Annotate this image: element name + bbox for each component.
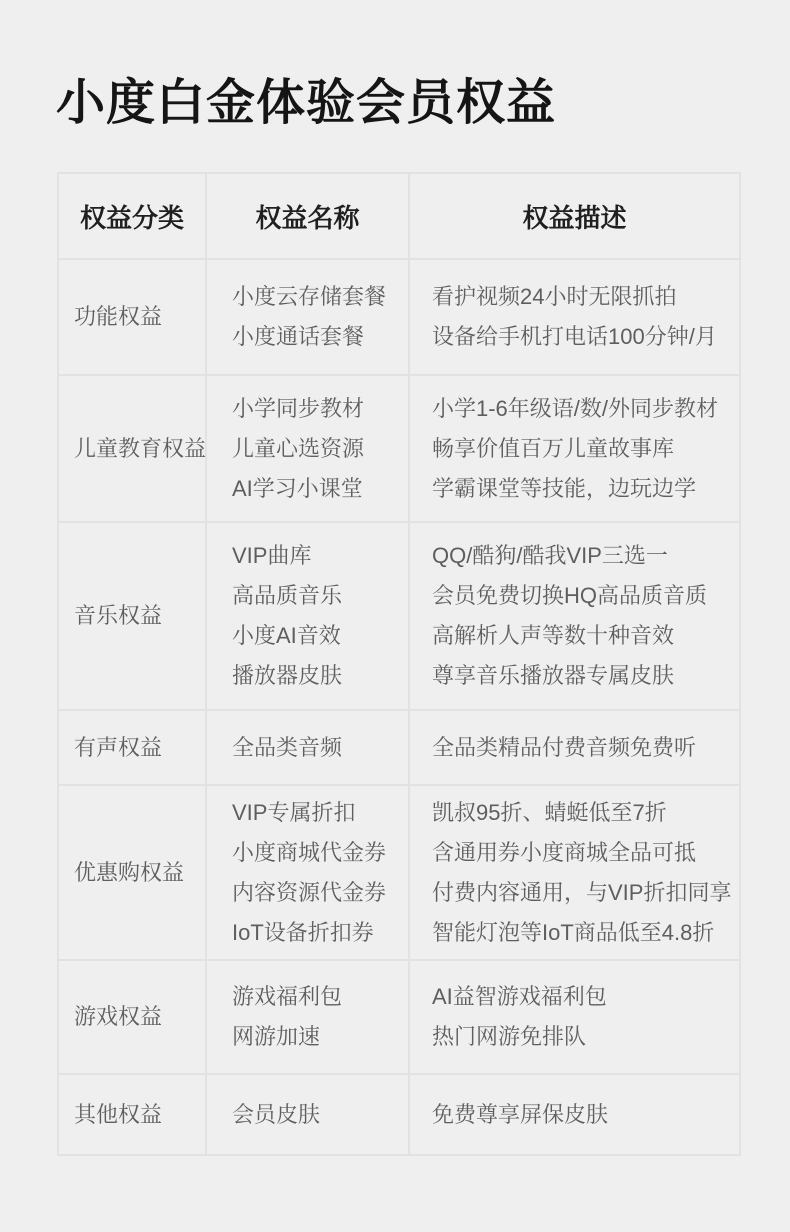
benefit-description-line: 设备给手机打电话100分钟/月 [432, 317, 739, 357]
benefit-category-label: 功能权益 [74, 297, 205, 337]
benefit-descriptions: 看护视频24小时无限抓拍 设备给手机打电话100分钟/月 [409, 259, 740, 375]
benefit-category-label: 游戏权益 [74, 997, 205, 1037]
benefit-category: 音乐权益 [58, 522, 206, 710]
benefit-description-line: 看护视频24小时无限抓拍 [432, 277, 739, 317]
table-row: 功能权益 小度云存储套餐 小度通话套餐 看护视频24小时无限抓拍 设备给手机打电… [58, 259, 740, 375]
benefit-category-label: 音乐权益 [74, 596, 205, 636]
benefit-names: 小学同步教材 儿童心选资源 AI学习小课堂 [206, 375, 409, 522]
benefit-names: 全品类音频 [206, 710, 409, 785]
benefit-name-line: VIP曲库 [232, 536, 408, 576]
benefit-name-line: 内容资源代金券 [232, 873, 408, 913]
benefit-name-line: IoT设备折扣券 [232, 913, 408, 953]
benefit-description-line: 小学1-6年级语/数/外同步教材 [432, 389, 739, 429]
benefit-name-line: 网游加速 [232, 1017, 408, 1057]
benefit-description-line: 免费尊享屏保皮肤 [432, 1095, 739, 1135]
benefit-descriptions: AI益智游戏福利包 热门网游免排队 [409, 960, 740, 1074]
benefit-description-line: 含通用券小度商城全品可抵 [432, 833, 739, 873]
benefit-description-line: AI益智游戏福利包 [432, 977, 739, 1017]
table-row: 游戏权益 游戏福利包 网游加速 AI益智游戏福利包 热门网游免排队 [58, 960, 740, 1074]
benefit-descriptions: QQ/酷狗/酷我VIP三选一 会员免费切换HQ高品质音质 高解析人声等数十种音效… [409, 522, 740, 710]
table-row: 儿童教育权益 小学同步教材 儿童心选资源 AI学习小课堂 小学1-6年级语/数/… [58, 375, 740, 522]
page-title: 小度白金体验会员权益 [56, 64, 556, 134]
benefit-description-line: 高解析人声等数十种音效 [432, 616, 739, 656]
benefit-category: 游戏权益 [58, 960, 206, 1074]
benefit-description-line: QQ/酷狗/酷我VIP三选一 [432, 536, 739, 576]
benefit-name-line: 播放器皮肤 [232, 656, 408, 696]
benefit-category-label: 有声权益 [74, 728, 205, 768]
benefit-category: 有声权益 [58, 710, 206, 785]
table-row: 优惠购权益 VIP专属折扣 小度商城代金券 内容资源代金券 IoT设备折扣券 凯… [58, 785, 740, 960]
column-header-description: 权益描述 [409, 173, 740, 259]
benefit-name-line: AI学习小课堂 [232, 469, 408, 509]
benefit-name-line: VIP专属折扣 [232, 793, 408, 833]
benefit-description-line: 智能灯泡等IoT商品低至4.8折 [432, 913, 739, 953]
benefit-name-line: 小学同步教材 [232, 389, 408, 429]
benefit-category: 功能权益 [58, 259, 206, 375]
table-row: 有声权益 全品类音频 全品类精品付费音频免费听 [58, 710, 740, 785]
column-header-category: 权益分类 [58, 173, 206, 259]
benefit-name-line: 小度云存储套餐 [232, 277, 408, 317]
benefit-description-line: 凯叔95折、蜻蜓低至7折 [432, 793, 739, 833]
benefit-description-line: 热门网游免排队 [432, 1017, 739, 1057]
benefit-descriptions: 小学1-6年级语/数/外同步教材 畅享价值百万儿童故事库 学霸课堂等技能，边玩边… [409, 375, 740, 522]
benefit-category: 儿童教育权益 [58, 375, 206, 522]
benefit-category-label: 优惠购权益 [74, 853, 205, 893]
table-row: 音乐权益 VIP曲库 高品质音乐 小度AI音效 播放器皮肤 QQ/酷狗/酷我VI… [58, 522, 740, 710]
benefit-descriptions: 凯叔95折、蜻蜓低至7折 含通用券小度商城全品可抵 付费内容通用，与VIP折扣同… [409, 785, 740, 960]
benefit-category-label: 其他权益 [74, 1095, 205, 1135]
column-header-name: 权益名称 [206, 173, 409, 259]
benefit-names: 游戏福利包 网游加速 [206, 960, 409, 1074]
benefit-description-line: 畅享价值百万儿童故事库 [432, 429, 739, 469]
membership-benefits-page: 小度白金体验会员权益 权益分类 权益名称 权益描述 功能权益 小度云存储套餐 小… [0, 0, 790, 1232]
benefit-description-line: 会员免费切换HQ高品质音质 [432, 576, 739, 616]
benefit-name-line: 小度AI音效 [232, 616, 408, 656]
benefit-name-line: 全品类音频 [232, 728, 408, 768]
benefit-category: 优惠购权益 [58, 785, 206, 960]
benefit-descriptions: 免费尊享屏保皮肤 [409, 1074, 740, 1155]
benefit-names: VIP曲库 高品质音乐 小度AI音效 播放器皮肤 [206, 522, 409, 710]
benefit-description-line: 尊享音乐播放器专属皮肤 [432, 656, 739, 696]
benefit-names: 会员皮肤 [206, 1074, 409, 1155]
benefit-description-line: 付费内容通用，与VIP折扣同享 [432, 873, 739, 913]
benefit-name-line: 游戏福利包 [232, 977, 408, 1017]
benefit-name-line: 高品质音乐 [232, 576, 408, 616]
benefits-table: 权益分类 权益名称 权益描述 功能权益 小度云存储套餐 小度通话套餐 看护视频2… [57, 172, 741, 1156]
table-row: 其他权益 会员皮肤 免费尊享屏保皮肤 [58, 1074, 740, 1155]
benefit-category: 其他权益 [58, 1074, 206, 1155]
benefit-names: VIP专属折扣 小度商城代金券 内容资源代金券 IoT设备折扣券 [206, 785, 409, 960]
benefit-name-line: 小度商城代金券 [232, 833, 408, 873]
benefit-name-line: 小度通话套餐 [232, 317, 408, 357]
benefit-description-line: 学霸课堂等技能，边玩边学 [432, 469, 739, 509]
benefit-name-line: 会员皮肤 [232, 1095, 408, 1135]
benefit-descriptions: 全品类精品付费音频免费听 [409, 710, 740, 785]
benefit-name-line: 儿童心选资源 [232, 429, 408, 469]
benefit-names: 小度云存储套餐 小度通话套餐 [206, 259, 409, 375]
table-header-row: 权益分类 权益名称 权益描述 [58, 173, 740, 259]
benefit-category-label: 儿童教育权益 [74, 429, 205, 469]
benefit-description-line: 全品类精品付费音频免费听 [432, 728, 739, 768]
